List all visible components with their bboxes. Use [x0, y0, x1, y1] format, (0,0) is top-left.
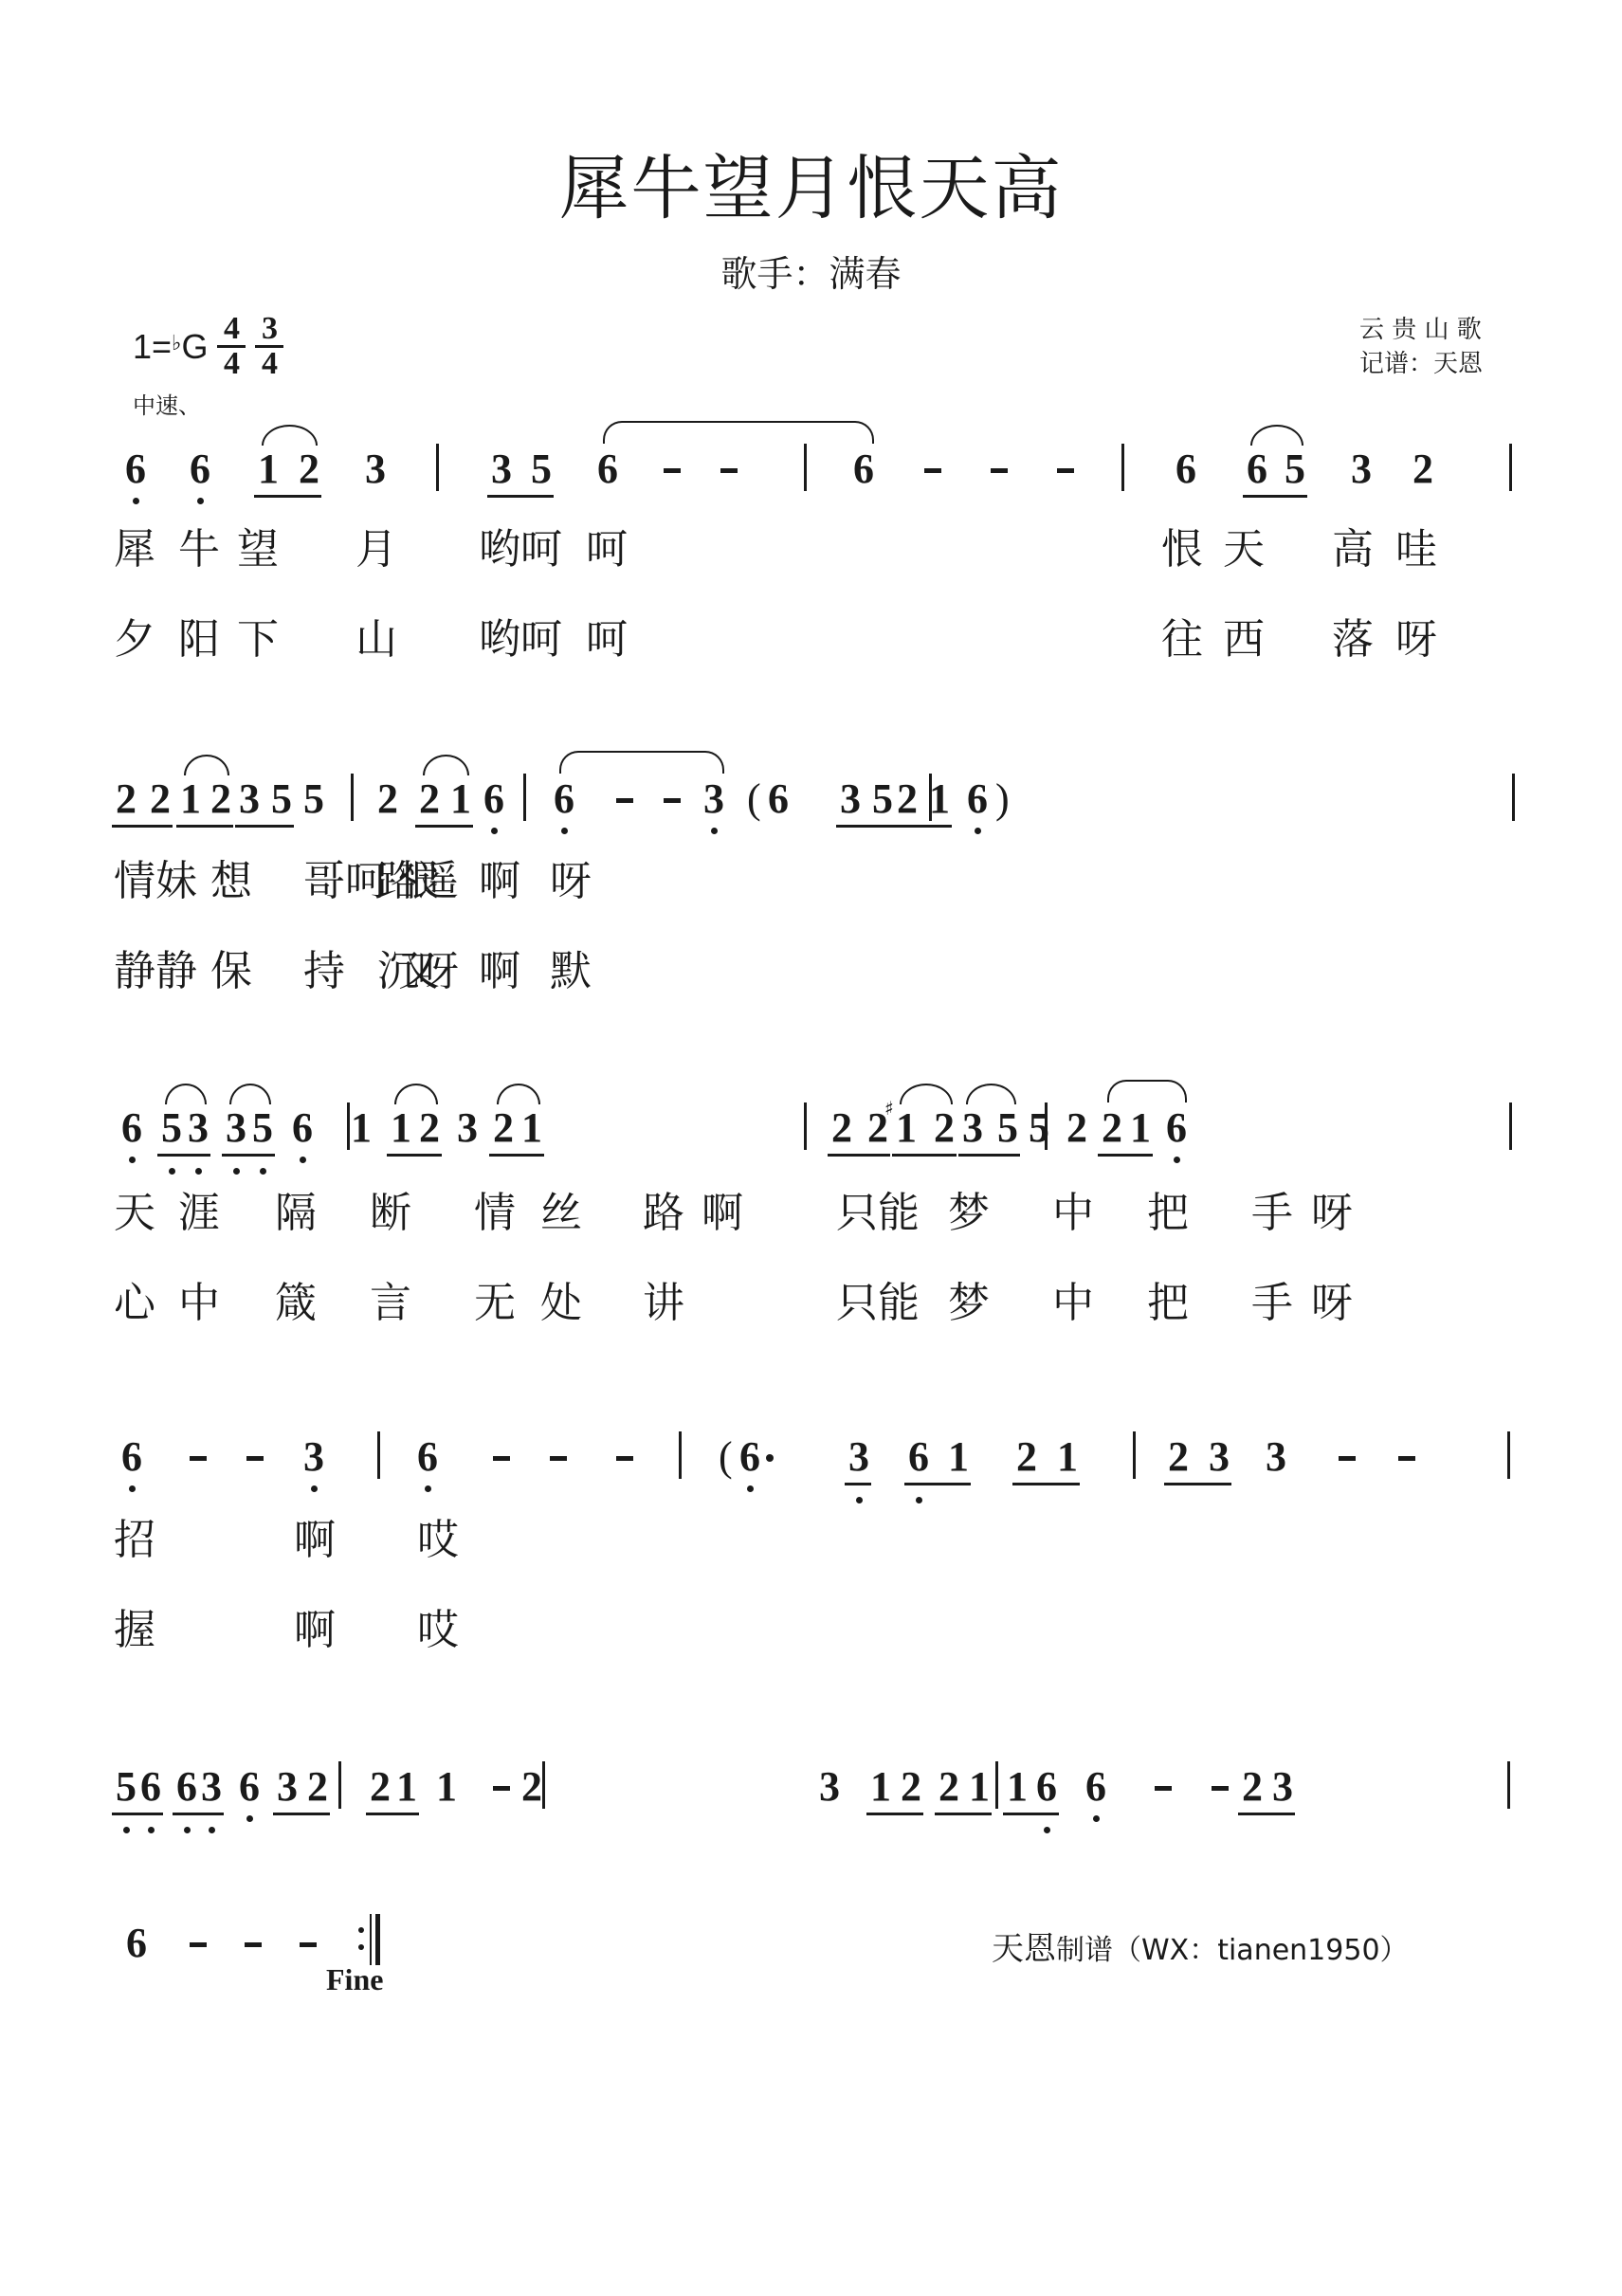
note: 3 — [489, 446, 514, 493]
note: 3 — [199, 1763, 224, 1811]
barline — [523, 774, 526, 821]
lyric-syllable: 呀 — [417, 948, 459, 995]
sharp-icon: ♯ — [884, 1097, 894, 1120]
tie-arc — [559, 751, 724, 774]
note: 1 — [1128, 1104, 1153, 1152]
note: 6 — [766, 775, 791, 823]
barline — [351, 774, 354, 821]
dash-sustain — [616, 798, 633, 803]
note: 1 — [894, 1104, 919, 1152]
underline-beam — [112, 825, 173, 828]
note: 2 — [937, 1763, 961, 1811]
tie-arc — [1107, 1080, 1187, 1102]
note: 2 — [148, 775, 173, 823]
song-title: 犀牛望月恨天高 — [0, 133, 1622, 233]
note: 3 — [186, 1104, 210, 1152]
dash-sustain — [1339, 1456, 1356, 1461]
note: 5 — [159, 1104, 184, 1152]
note: 1 — [448, 775, 473, 823]
lyric-syllable: 握 — [114, 1607, 155, 1654]
lyric-syllable: 哟呵 — [479, 526, 562, 574]
slur-arc — [394, 1084, 438, 1104]
dash-sustain — [1057, 468, 1074, 473]
note: 5 — [529, 446, 554, 493]
note: 1 — [967, 1763, 992, 1811]
underline-beam — [176, 825, 233, 828]
note: 6 — [174, 1763, 199, 1811]
note: 3 — [363, 446, 388, 493]
dash-sustain — [245, 1942, 262, 1947]
underline-beam — [387, 1154, 442, 1157]
note: 2 — [1166, 1433, 1191, 1481]
lyric-syllable: 手 — [1251, 1280, 1293, 1327]
note: 2 — [829, 1104, 854, 1152]
note: 1 — [946, 1433, 971, 1481]
underline-beam — [273, 1813, 330, 1815]
note: 3 — [1349, 446, 1374, 493]
note: 5 — [870, 775, 895, 823]
underline-beam — [836, 825, 895, 828]
slur-arc — [900, 1084, 953, 1104]
lyric-syllable: 涯 — [178, 1190, 220, 1237]
underline-beam — [222, 1154, 275, 1157]
note: 6 — [851, 446, 876, 493]
underline-beam — [1003, 1813, 1059, 1815]
note: 1 — [389, 1104, 413, 1152]
lyric-syllable: 呀 — [550, 858, 592, 905]
paren-close: ) — [995, 775, 1010, 823]
barline — [1507, 1431, 1510, 1479]
note: 6 — [119, 1104, 144, 1152]
tie-arc — [603, 421, 874, 444]
paren-open: ( — [747, 775, 761, 823]
underline-beam — [1243, 495, 1307, 498]
dash-sustain — [493, 1456, 510, 1461]
underline-beam — [415, 825, 473, 828]
repeat-end-barline — [358, 1914, 387, 1967]
note: 2 — [519, 1763, 544, 1811]
note: 6 — [1034, 1763, 1059, 1811]
credit-name: 天恩 — [992, 1930, 1056, 1968]
underline-beam — [1012, 1483, 1080, 1485]
dash-sustain — [190, 1942, 207, 1947]
note: 2 — [114, 775, 138, 823]
note: 3 — [702, 775, 726, 823]
dash-sustain — [550, 1456, 567, 1461]
barline — [1509, 1102, 1512, 1150]
slur-arc — [497, 1084, 540, 1104]
lyric-syllable: 讲 — [643, 1280, 684, 1327]
lyric-syllable: 呀 — [1311, 1280, 1353, 1327]
lyric-syllable: 恨 — [1161, 526, 1203, 574]
dash-sustain — [664, 798, 681, 803]
note: 6 — [738, 1433, 762, 1481]
lyric-syllable: 无 — [474, 1280, 516, 1327]
lyric-syllable: 阳 — [178, 616, 220, 664]
lyric-syllable: 箴 — [275, 1280, 317, 1327]
underline-beam — [366, 1813, 419, 1815]
singer-label: 歌手：满春 — [0, 245, 1622, 297]
dash-sustain — [300, 1942, 317, 1947]
underline-beam — [1098, 1154, 1153, 1157]
credit-line: 天恩制谱（WX：tianen1950） — [992, 1922, 1409, 1969]
lyric-syllable: 高 — [1332, 526, 1374, 574]
barline — [804, 1102, 807, 1150]
note: 2 — [417, 1104, 442, 1152]
dash-sustain — [991, 468, 1008, 473]
slur-arc — [184, 755, 229, 775]
barline — [338, 1761, 341, 1809]
barline — [679, 1431, 682, 1479]
note: 3 — [817, 1763, 842, 1811]
note: 6 — [290, 1104, 315, 1152]
note: 5 — [269, 775, 294, 823]
lyric-syllable: 想 — [210, 858, 252, 905]
lyric-syllable: 啊 — [702, 1190, 743, 1237]
underline-beam — [892, 1154, 957, 1157]
note: 2 — [1240, 1763, 1265, 1811]
lyric-syllable: 把 — [1147, 1190, 1189, 1237]
lyric-syllable: 断 — [370, 1190, 411, 1237]
underline-beam — [173, 1813, 224, 1815]
underline-beam — [235, 825, 294, 828]
dash-sustain — [1398, 1456, 1415, 1461]
barline — [377, 1431, 380, 1479]
lyric-syllable: 隔 — [275, 1190, 317, 1237]
underline-beam — [866, 1813, 923, 1815]
lyric-syllable: 把 — [1147, 1280, 1189, 1327]
note: 6 — [124, 1920, 149, 1967]
note: 2 — [895, 775, 920, 823]
lyric-syllable: 持 — [303, 948, 345, 995]
note: 3 — [224, 1104, 248, 1152]
lyric-syllable: 默 — [550, 948, 592, 995]
lyric-syllable: 沉 — [377, 948, 419, 995]
lyric-syllable: 情妹 — [114, 858, 197, 905]
dash-sustain — [664, 468, 681, 473]
lyric-syllable: 中 — [178, 1280, 220, 1327]
lyric-syllable: 梦 — [948, 1190, 990, 1237]
lyric-syllable: 落 — [1332, 616, 1374, 664]
lyric-syllable: 天 — [114, 1190, 155, 1237]
lyric-syllable: 犀 — [114, 526, 155, 574]
note: 3 — [847, 1433, 871, 1481]
note: 2 — [491, 1104, 516, 1152]
lyric-syllable: 往 — [1161, 616, 1203, 664]
barline — [1509, 444, 1512, 491]
lyric-syllable: 哎 — [417, 1607, 459, 1654]
note: 1 — [394, 1763, 419, 1811]
underline-beam — [489, 1154, 544, 1157]
note: 6 — [138, 1763, 163, 1811]
dash-sustain — [720, 468, 738, 473]
credit-detail: 制谱（WX：tianen1950） — [1056, 1934, 1409, 1967]
note: 6 — [906, 1433, 931, 1481]
lyric-syllable: 路 — [377, 858, 419, 905]
transcriber-label: 记谱：天恩 — [1359, 347, 1483, 381]
note: 2 — [209, 775, 233, 823]
fine-marking: Fine — [326, 1962, 383, 1997]
note: 6 — [415, 1433, 440, 1481]
flat-icon: ♭ — [172, 331, 181, 355]
note: 6 — [119, 1433, 144, 1481]
barline — [995, 1761, 998, 1809]
underline-beam — [893, 825, 952, 828]
lyric-syllable: 山 — [355, 616, 397, 664]
note: 1 — [1005, 1763, 1030, 1811]
note: 6 — [1245, 446, 1269, 493]
barline — [1045, 1102, 1048, 1150]
lyric-syllable: 中 — [1052, 1280, 1094, 1327]
barline — [804, 444, 807, 491]
slur-arc — [1250, 425, 1303, 446]
note: 1 — [519, 1104, 544, 1152]
note: 5 — [995, 1104, 1020, 1152]
dash-sustain — [1212, 1786, 1229, 1791]
lyric-syllable: 保 — [210, 948, 252, 995]
underline-beam — [845, 1483, 871, 1485]
note: 1 — [256, 446, 281, 493]
note: 3 — [838, 775, 863, 823]
note: 6 — [1084, 1763, 1108, 1811]
time-signature-4-4: 4 4 — [217, 313, 246, 380]
note: 1 — [349, 1104, 374, 1152]
lyric-syllable: 哎 — [417, 1517, 459, 1564]
dash-sustain — [493, 1786, 510, 1791]
note: 6 — [188, 446, 212, 493]
barline — [1512, 774, 1515, 821]
dash-sustain — [616, 1456, 633, 1461]
note: 6 — [1164, 1104, 1189, 1152]
note: 2 — [1411, 446, 1435, 493]
lyric-syllable: 夕 — [114, 616, 155, 664]
underline-beam — [487, 495, 554, 498]
slur-arc — [229, 1084, 271, 1104]
note: 1 — [178, 775, 203, 823]
note: 2 — [1100, 1104, 1124, 1152]
note: 3 — [237, 775, 262, 823]
note: 6 — [482, 775, 506, 823]
note: 3 — [1264, 1433, 1288, 1481]
barline — [1133, 1431, 1136, 1479]
note: 3 — [275, 1763, 300, 1811]
lyric-syllable: 呵 — [586, 526, 628, 574]
note: 2 — [1014, 1433, 1039, 1481]
note: 6 — [595, 446, 620, 493]
note: 3 — [1207, 1433, 1231, 1481]
note: 3 — [301, 1433, 326, 1481]
lyric-syllable: 啊 — [479, 948, 520, 995]
barline — [436, 444, 439, 491]
note: 6 — [965, 775, 990, 823]
lyric-syllable: 月 — [355, 526, 397, 574]
dash-sustain — [924, 468, 941, 473]
genre-label: 云 贵 山 歌 — [1359, 313, 1483, 347]
note: 2 — [375, 775, 400, 823]
underline-beam — [254, 495, 321, 498]
lyric-syllable: 只能 — [836, 1280, 920, 1327]
lyric-syllable: 处 — [540, 1280, 582, 1327]
note: 1 — [1055, 1433, 1080, 1481]
barline — [929, 774, 932, 821]
note: 3 — [1270, 1763, 1295, 1811]
dash-sustain — [190, 1456, 207, 1461]
lyric-syllable: 只能 — [836, 1190, 920, 1237]
slur-arc — [966, 1084, 1016, 1104]
lyric-syllable: 招 — [114, 1517, 155, 1564]
underline-beam — [1164, 1483, 1231, 1485]
dash-sustain — [246, 1456, 264, 1461]
lyric-syllable: 言 — [370, 1280, 411, 1327]
lyric-syllable: 中 — [1052, 1190, 1094, 1237]
note: 1 — [868, 1763, 893, 1811]
lyric-syllable: 心 — [114, 1280, 155, 1327]
note: 2 — [297, 446, 321, 493]
underline-beam — [935, 1813, 992, 1815]
barline — [542, 1761, 545, 1809]
note: 2 — [1065, 1104, 1089, 1152]
underline-beam — [904, 1483, 971, 1485]
note: 2 — [899, 1763, 923, 1811]
note: 1 — [434, 1763, 459, 1811]
time-signature-3-4: 3 4 — [255, 313, 283, 380]
lyric-syllable: 丝 — [540, 1190, 582, 1237]
note: 6 — [1174, 446, 1198, 493]
note: 3 — [960, 1104, 985, 1152]
lyric-syllable: 呀 — [1395, 616, 1437, 664]
lyric-syllable: 哥呵 — [303, 858, 387, 905]
note: 3 — [455, 1104, 480, 1152]
lyric-syllable: 啊 — [294, 1607, 336, 1654]
underline-beam — [112, 1813, 163, 1815]
barline — [1121, 444, 1124, 491]
paren-open: ( — [719, 1433, 733, 1481]
slur-arc — [423, 755, 469, 775]
note: 5 — [1283, 446, 1307, 493]
underline-beam — [157, 1154, 210, 1157]
origin-info: 云 贵 山 歌 记谱：天恩 — [1359, 313, 1483, 381]
lyric-syllable: 路 — [643, 1190, 684, 1237]
lyric-syllable: 牛 — [178, 526, 220, 574]
underline-beam — [828, 1154, 890, 1157]
lyric-syllable: 呀 — [1311, 1190, 1353, 1237]
dash-sustain — [1155, 1786, 1172, 1791]
key-and-time-signature: 1= ♭ G 4 4 3 4 — [133, 313, 283, 380]
lyric-syllable: 静静 — [114, 948, 197, 995]
key-note: G — [181, 327, 208, 367]
lyric-syllable: 遥 — [417, 858, 459, 905]
lyric-syllable: 啊 — [479, 858, 520, 905]
note: 2 — [932, 1104, 957, 1152]
note: 5 — [1027, 1104, 1051, 1152]
slur-arc — [165, 1084, 207, 1104]
lyric-syllable: 下 — [237, 616, 279, 664]
note: 6 — [237, 1763, 262, 1811]
key-prefix: 1= — [133, 327, 172, 367]
note: 5 — [301, 775, 326, 823]
note: 2 — [417, 775, 442, 823]
tempo-marking: 中速、 — [133, 387, 201, 420]
lyric-syllable: 呵 — [586, 616, 628, 664]
underline-beam — [958, 1154, 1020, 1157]
lyric-syllable: 情 — [474, 1190, 516, 1237]
note: 5 — [114, 1763, 138, 1811]
slur-arc — [262, 425, 318, 446]
lyric-syllable: 啊 — [294, 1517, 336, 1564]
note: 2 — [305, 1763, 330, 1811]
lyric-syllable: 西 — [1223, 616, 1265, 664]
augmentation-dot — [766, 1454, 774, 1462]
lyric-syllable: 哟呵 — [479, 616, 562, 664]
lyric-syllable: 梦 — [948, 1280, 990, 1327]
lyric-syllable: 望 — [237, 526, 279, 574]
note: 2 — [368, 1763, 392, 1811]
barline — [347, 1102, 350, 1150]
lyric-syllable: 哇 — [1395, 526, 1437, 574]
note: 5 — [250, 1104, 275, 1152]
note: 6 — [552, 775, 576, 823]
lyric-syllable: 天 — [1223, 526, 1265, 574]
underline-beam — [1238, 1813, 1295, 1815]
barline — [1507, 1761, 1510, 1809]
note: 6 — [123, 446, 148, 493]
lyric-syllable: 手 — [1251, 1190, 1293, 1237]
